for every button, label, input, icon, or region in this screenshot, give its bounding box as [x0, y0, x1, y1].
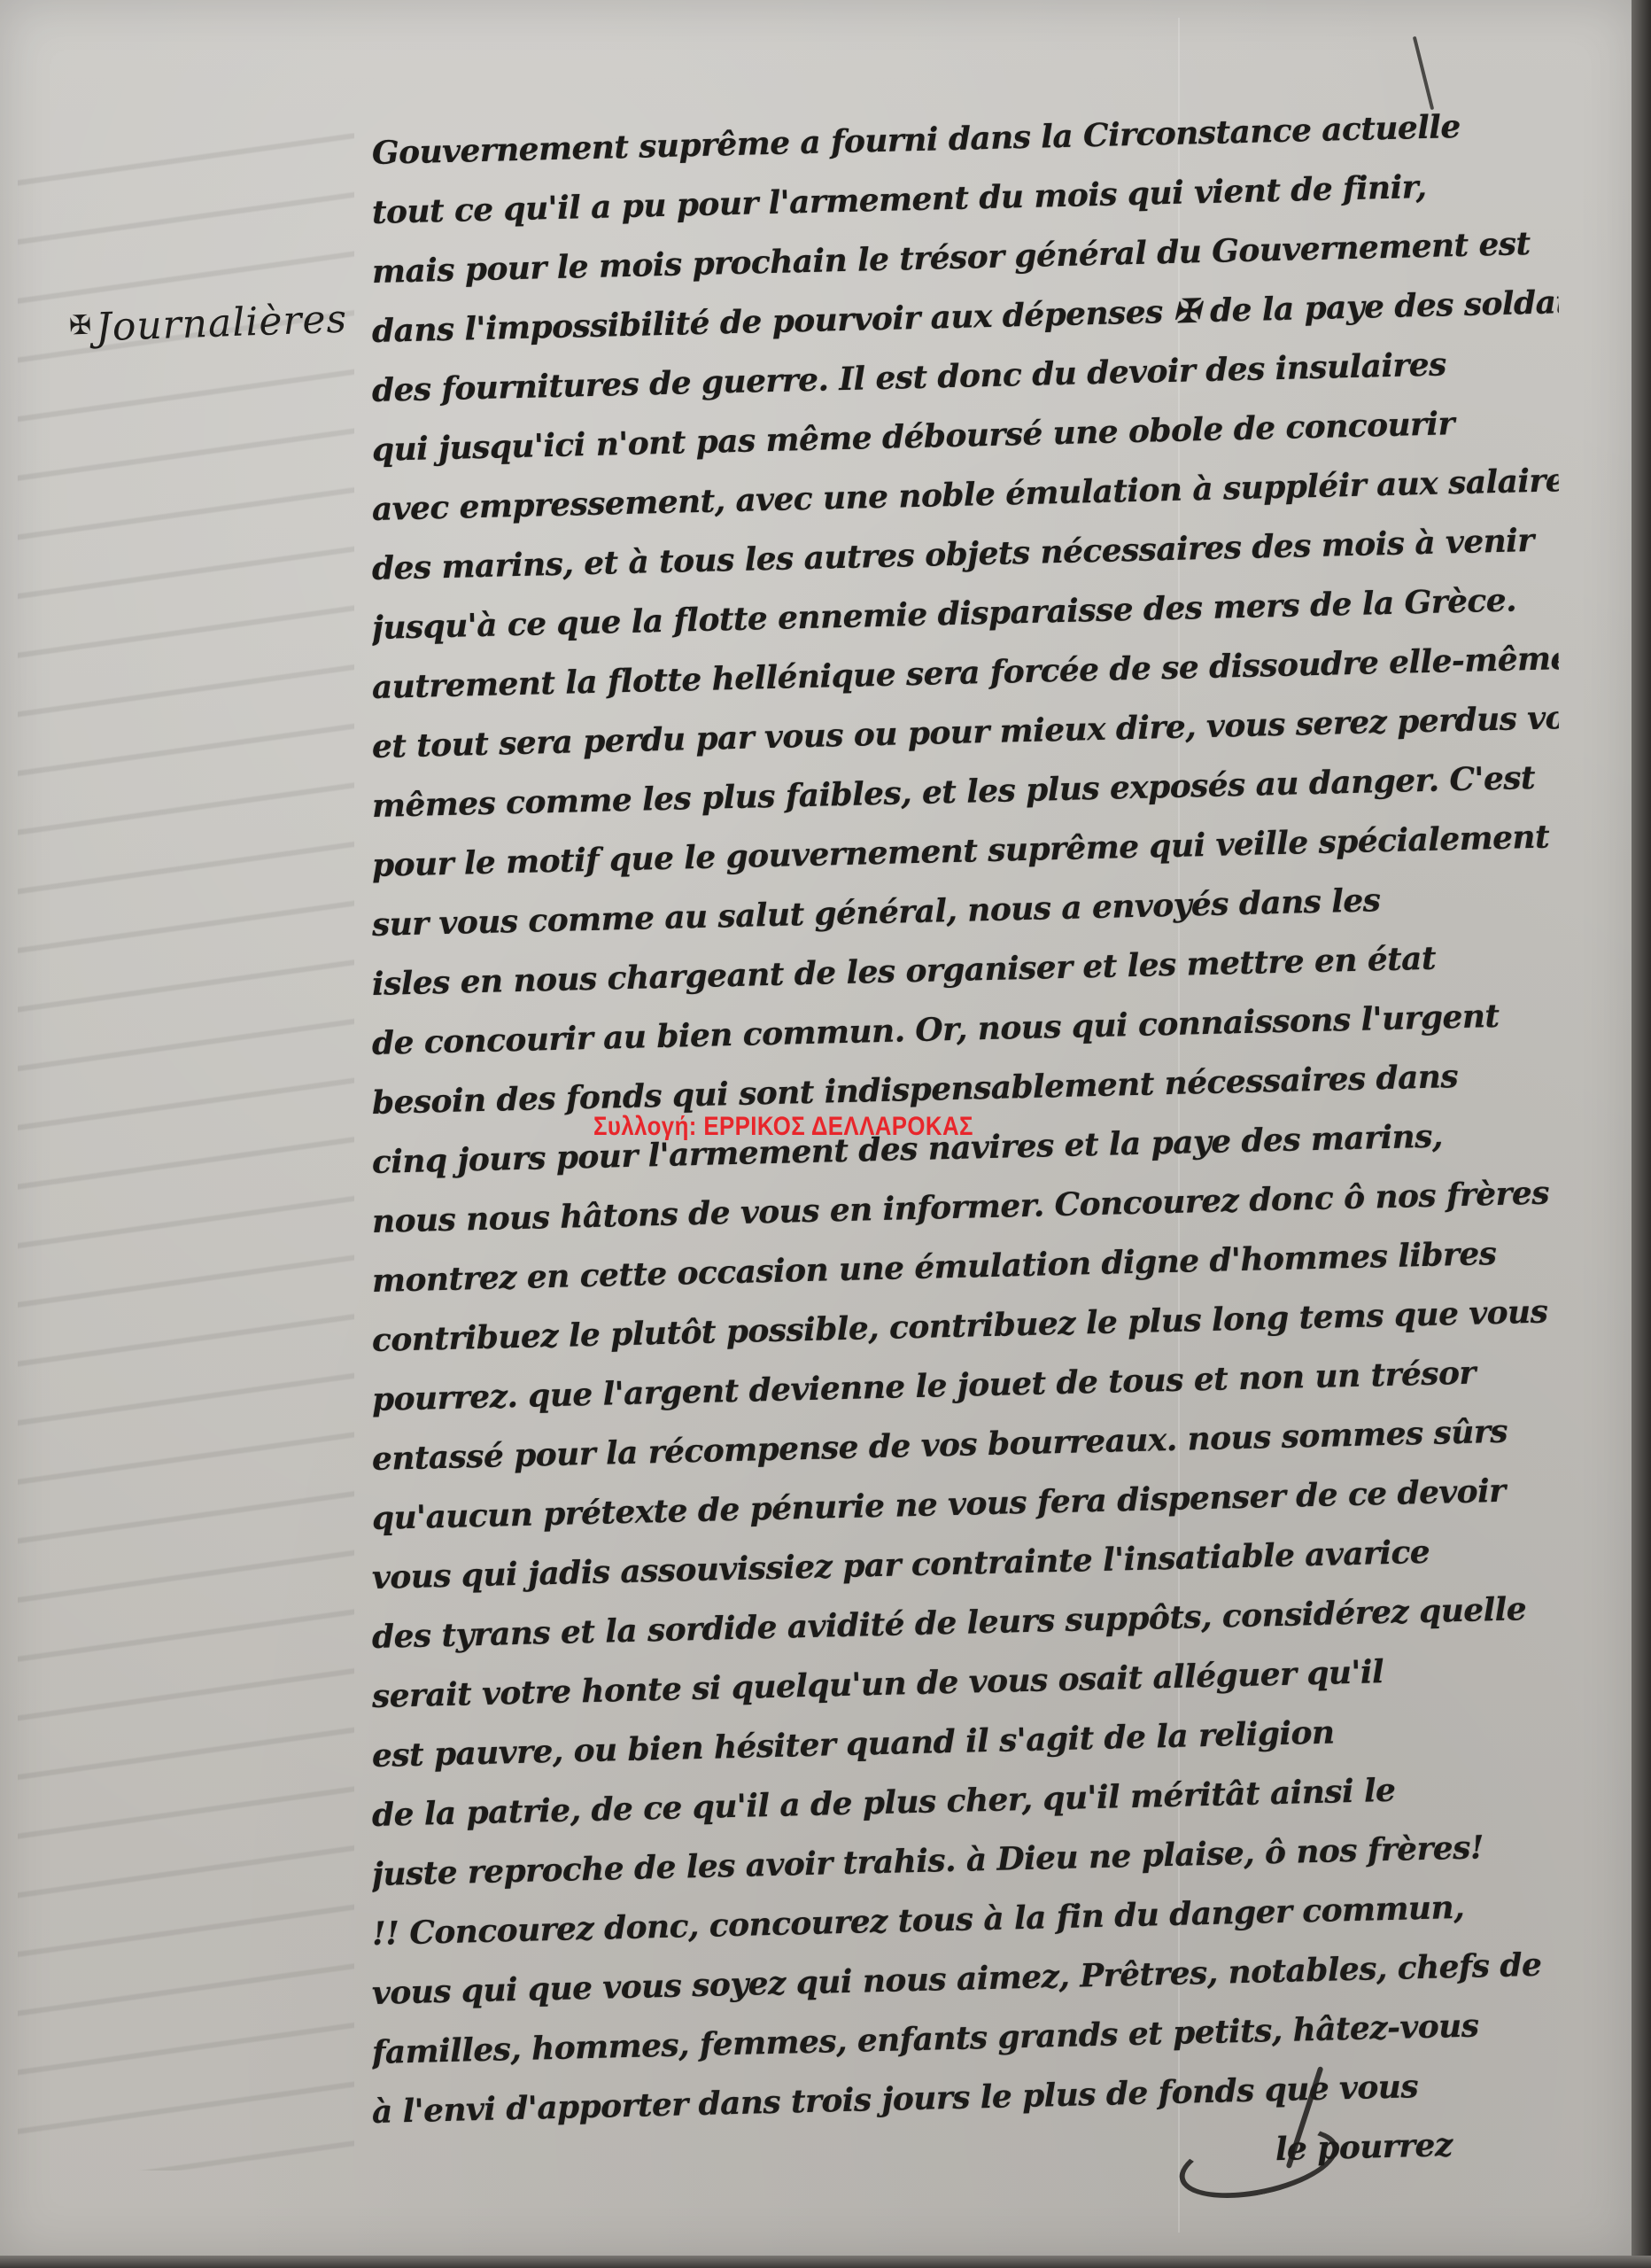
collection-watermark: Συλλογή: ΕΡΡΙΚΟΣ ΔΕΛΛΑΡΟΚΑΣ	[593, 1112, 973, 1142]
margin-note-text: Journalières	[95, 297, 348, 351]
cross-symbol-icon: ✠	[68, 310, 92, 342]
photo-frame-right-edge	[1632, 0, 1651, 2268]
photo-frame-bottom-edge	[0, 2256, 1651, 2268]
manuscript-page: ✠Journalières Gouvernement suprême a fou…	[0, 0, 1633, 2257]
letter-body: Gouvernement suprême a fourni dans la Ci…	[372, 124, 1559, 2202]
show-through-writing	[18, 133, 354, 2171]
